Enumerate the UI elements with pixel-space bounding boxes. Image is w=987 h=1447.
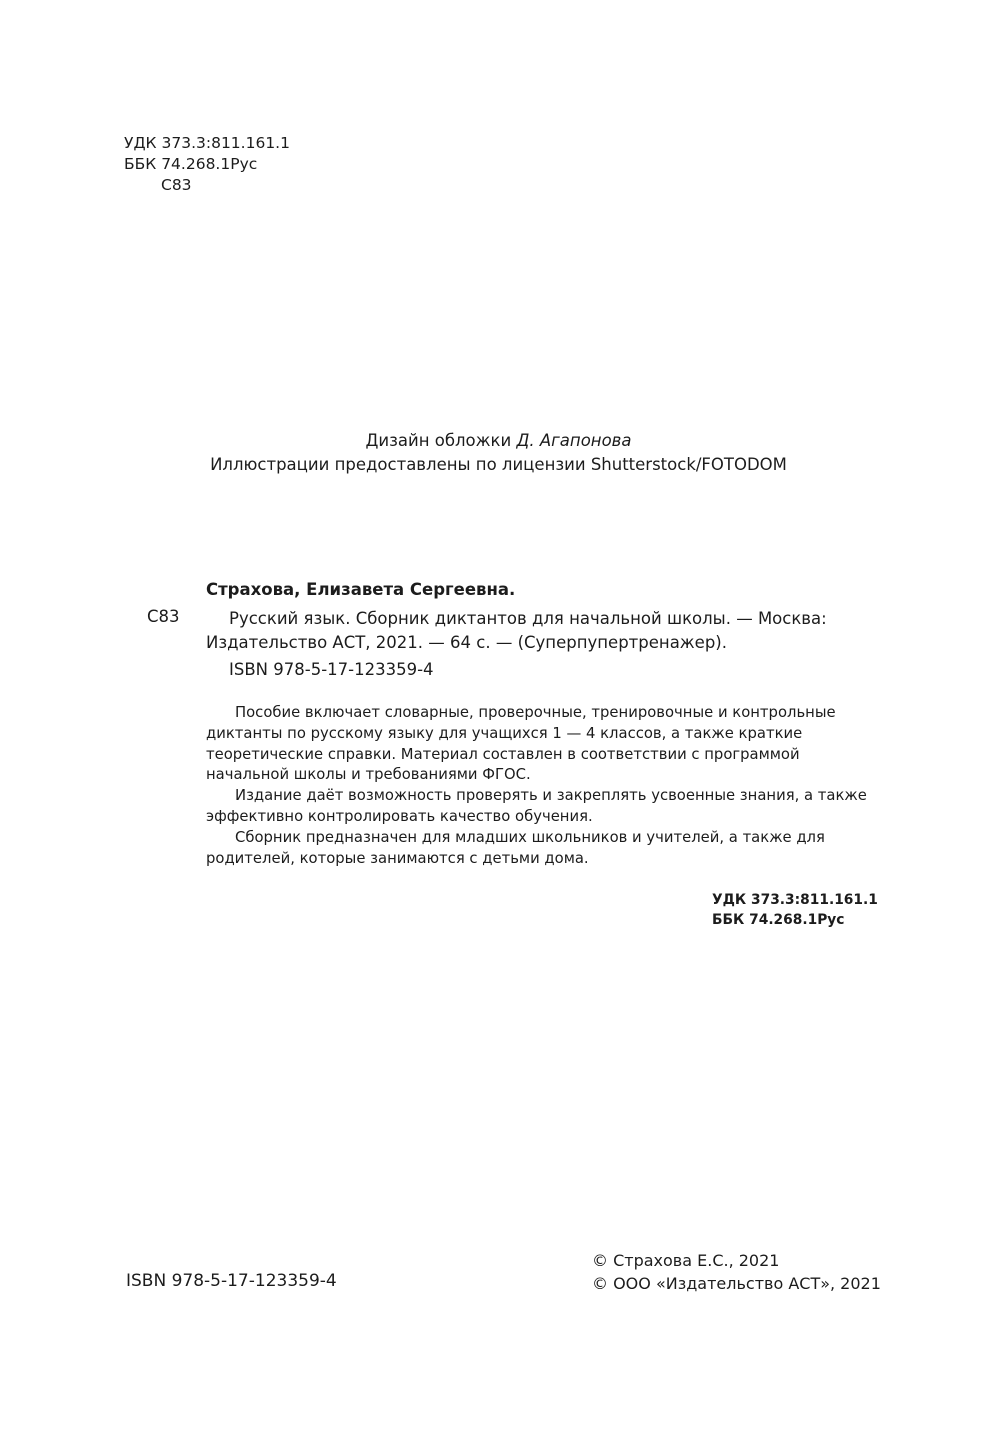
catalog-udk: УДК 373.3:811.161.1 [712,890,878,910]
abstract-paragraph: Сборник предназначен для младших школьни… [206,828,868,870]
illustrations-credit: Иллюстрации предоставлены по лицензии Sh… [0,453,987,477]
author-mark: С83 [124,175,290,196]
copyright-author: © Страхова Е.С., 2021 [592,1249,881,1272]
catalog-author: Страхова, Елизавета Сергеевна. [206,580,515,599]
udk-code: УДК 373.3:811.161.1 [124,133,290,154]
cover-design-credit: Дизайн обложки Д. Агапонова [0,429,987,453]
catalog-classification: УДК 373.3:811.161.1 ББК 74.268.1Рус [712,890,878,930]
cover-design-label: Дизайн обложки [365,431,516,450]
copyright-block: © Страхова Е.С., 2021 © ООО «Издательств… [592,1249,881,1295]
cover-designer-name: Д. Агапонова [516,431,631,450]
footer-isbn: ISBN 978-5-17-123359-4 [126,1271,337,1291]
catalog-isbn: ISBN 978-5-17-123359-4 [229,660,434,679]
catalog-bbk: ББК 74.268.1Рус [712,910,878,930]
copyright-publisher: © ООО «Издательство АСТ», 2021 [592,1272,881,1295]
abstract-paragraph: Издание даёт возможность проверять и зак… [206,786,868,828]
top-classification-block: УДК 373.3:811.161.1 ББК 74.268.1Рус С83 [124,133,290,196]
abstract-paragraph: Пособие включает словарные, проверочные,… [206,703,868,786]
bibliographic-description: Русский язык. Сборник диктантов для нача… [206,607,866,655]
credits-block: Дизайн обложки Д. Агапонова Иллюстрации … [0,429,987,477]
abstract: Пособие включает словарные, проверочные,… [206,703,868,869]
catalog-code: С83 [147,607,180,626]
bbk-code: ББК 74.268.1Рус [124,154,290,175]
